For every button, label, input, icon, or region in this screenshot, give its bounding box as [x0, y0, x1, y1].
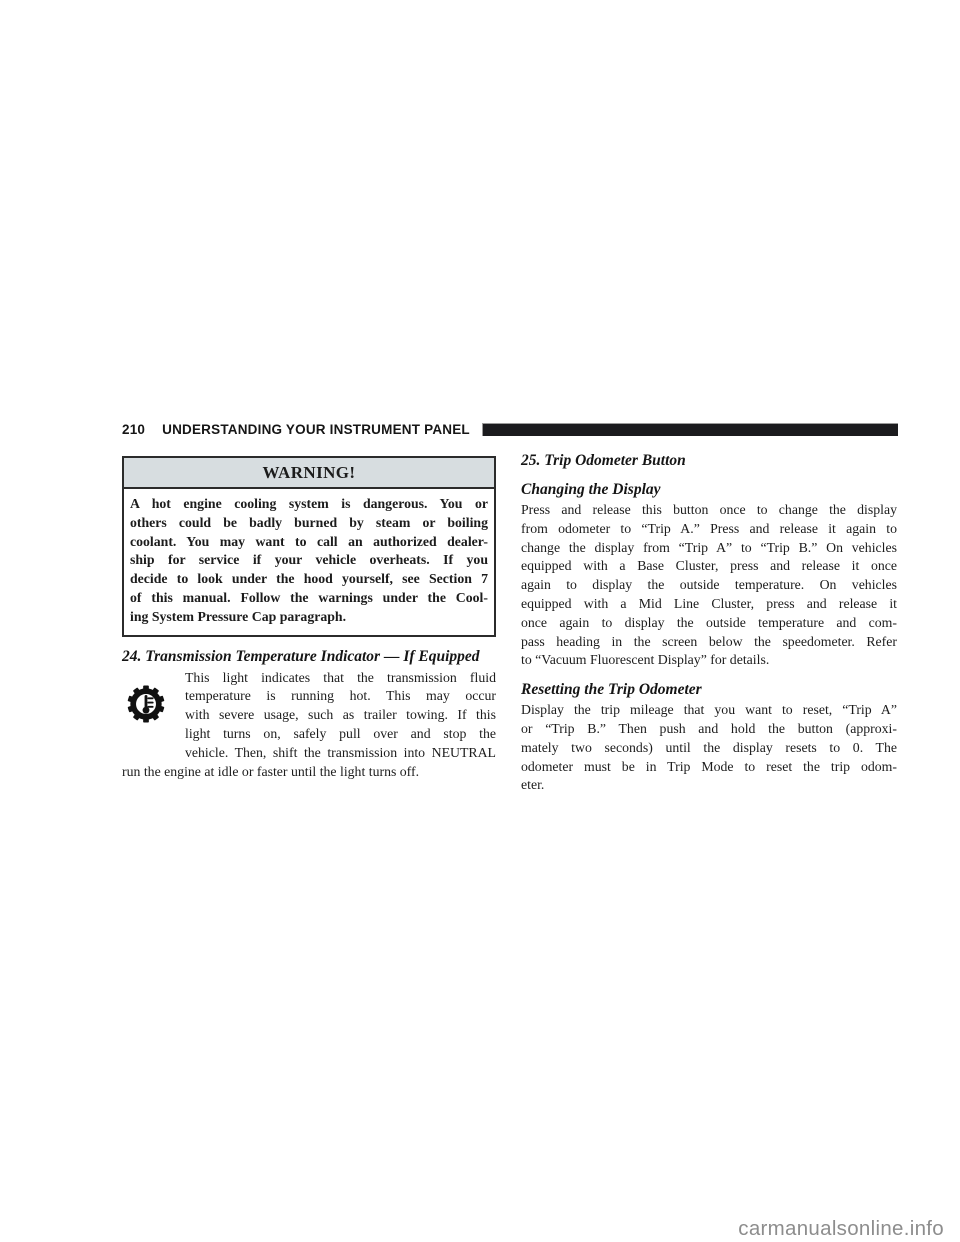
body-text-line: temperature is running hot. This may occ… — [185, 687, 496, 706]
body-text-line: from odometer to “Trip A.” Press and rel… — [521, 520, 897, 539]
body-text-line: mately two seconds) until the display re… — [521, 739, 897, 758]
chapter-title: UNDERSTANDING YOUR INSTRUMENT PANEL — [162, 422, 470, 437]
changing-display-body: Press and release this button once to ch… — [521, 501, 897, 670]
page-number: 210 — [122, 422, 145, 437]
transmission-temperature-indicator-icon — [122, 669, 185, 745]
left-column: WARNING! A hot engine cooling system is … — [122, 456, 496, 781]
warning-box-title: WARNING! — [124, 458, 494, 489]
body-text-line: or “Trip B.” Then push and hold the butt… — [521, 720, 897, 739]
resetting-odometer-heading: Resetting the Trip Odometer — [521, 680, 897, 700]
header-rule-bar — [482, 423, 898, 436]
warning-text-line: ship for service if your vehicle overhea… — [130, 551, 488, 570]
running-header: 210 UNDERSTANDING YOUR INSTRUMENT PANEL — [122, 421, 898, 437]
body-text-line: run the engine at idle or faster until t… — [122, 763, 496, 782]
body-text-line: light turns on, safely pull over and sto… — [185, 725, 496, 744]
body-text-line: This light indicates that the transmissi… — [185, 669, 496, 688]
body-text-line: again to display the outside temperature… — [521, 576, 897, 595]
changing-display-heading: Changing the Display — [521, 480, 897, 500]
manual-page: 210 UNDERSTANDING YOUR INSTRUMENT PANEL … — [0, 0, 960, 1242]
body-text-line: equipped with a Mid Line Cluster, press … — [521, 595, 897, 614]
body-text-line: pass heading in the screen below the spe… — [521, 633, 897, 652]
section-24-heading: 24. Transmission Temperature Indicator —… — [122, 647, 496, 667]
warning-text-line: A hot engine cooling system is dangerous… — [130, 495, 488, 514]
body-text-line: change the display from “Trip A” to “Tri… — [521, 539, 897, 558]
resetting-odometer-body: Display the trip mileage that you want t… — [521, 701, 897, 795]
body-text-line: vehicle. Then, shift the transmission in… — [185, 744, 496, 763]
body-text-line: Display the trip mileage that you want t… — [521, 701, 897, 720]
watermark-text: carmanualsonline.info — [738, 1217, 944, 1241]
warning-text-line: others could be badly burned by steam or… — [130, 514, 488, 533]
warning-box: WARNING! A hot engine cooling system is … — [122, 456, 496, 637]
body-text-line: odometer must be in Trip Mode to reset t… — [521, 758, 897, 777]
right-column: 25. Trip Odometer Button Changing the Di… — [521, 451, 897, 795]
body-text-line: Press and release this button once to ch… — [521, 501, 897, 520]
section-24-paragraph: This light indicates that the transmissi… — [122, 669, 496, 782]
warning-text-line: ing System Pressure Cap paragraph. — [130, 608, 488, 627]
body-text-line: to “Vacuum Fluorescent Display” for deta… — [521, 651, 897, 670]
section-25-heading: 25. Trip Odometer Button — [521, 451, 897, 471]
body-text-line: with severe usage, such as trailer towin… — [185, 706, 496, 725]
warning-text-line: of this manual. Follow the warnings unde… — [130, 589, 488, 608]
warning-box-body: A hot engine cooling system is dangerous… — [124, 489, 494, 635]
body-text-line: equipped with a Base Cluster, press and … — [521, 557, 897, 576]
body-text-line: eter. — [521, 776, 897, 795]
warning-text-line: coolant. You may want to call an authori… — [130, 533, 488, 552]
body-text-line: once again to display the outside temper… — [521, 614, 897, 633]
warning-text-line: decide to look under the hood yourself, … — [130, 570, 488, 589]
